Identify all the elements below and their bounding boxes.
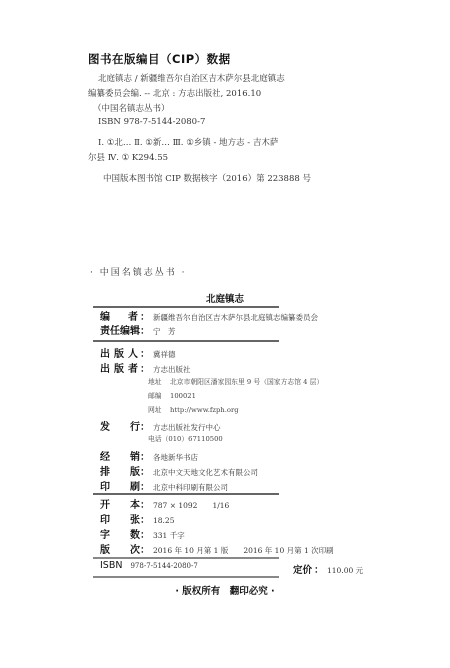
value: 方志出版社发行中心 — [153, 422, 221, 433]
value: 2016 年 10 月第 1 版 2016 年 10 月第 1 次印刷 — [153, 545, 334, 556]
value: 787 × 1092 1/16 — [153, 500, 229, 511]
credit-publisher: 出 版 者：方志出版社 — [100, 360, 191, 375]
label: 印 张 — [100, 511, 138, 526]
book-title: 北庭镇志 — [0, 291, 450, 305]
credit-publisher-person: 出 版 人：冀祥德 — [100, 345, 176, 360]
label: 出 版 人 — [100, 345, 138, 360]
spec-sheets: 印 张：18.25 — [100, 511, 174, 526]
cip-line: （中国名镇志丛书） — [93, 102, 170, 114]
label: 出 版 者 — [100, 360, 138, 375]
divider — [93, 557, 279, 559]
value: 北京中科印刷有限公司 — [153, 482, 228, 493]
credit-typesetter: 排 版：北京中文天地文化艺术有限公司 — [100, 463, 258, 478]
divider — [93, 576, 279, 578]
spec-words: 字 数：331 千字 — [100, 526, 185, 541]
value: 方志出版社 — [153, 364, 191, 375]
label: 责任编辑 — [100, 322, 138, 337]
value: 18.25 — [153, 516, 174, 525]
value: 宁 芳 — [153, 326, 176, 337]
publisher-address: 地址北京市朝阳区潘家园东里 9 号（国家方志馆 4 层） — [148, 376, 323, 386]
price-value: 110.00 元 — [327, 565, 363, 576]
cip-line: 尔县 Ⅳ. ① K294.55 — [88, 151, 168, 163]
credit-distributor: 发 行：方志出版社发行中心 — [100, 418, 221, 433]
price-label: 定价 — [293, 562, 312, 576]
cip-title: 图书在版编目（CIP）数据 — [88, 51, 231, 67]
value: 331 千字 — [153, 530, 185, 541]
label: 版 次 — [100, 541, 138, 556]
label: 排 版 — [100, 463, 138, 478]
credit-responsible-editor: 责任编辑：宁 芳 — [100, 322, 176, 337]
divider — [93, 340, 279, 342]
isbn-value: 978-7-5144-2080-7 — [130, 562, 197, 570]
value: 各地新华书店 — [153, 452, 198, 463]
credit-editor: 编 者：新疆维吾尔自治区吉木萨尔县北庭镇志编纂委员会 — [100, 308, 318, 323]
label: 编 者 — [100, 308, 138, 323]
value: 冀祥德 — [153, 349, 176, 360]
value: 北京中文天地文化艺术有限公司 — [153, 467, 258, 478]
price-row: 定价：110.00 元 — [293, 561, 363, 576]
value: 新疆维吾尔自治区吉木萨尔县北庭镇志编纂委员会 — [153, 312, 318, 323]
divider — [93, 493, 279, 495]
cip-line: 北庭镇志 / 新疆维吾尔自治区吉木萨尔县北庭镇志 — [98, 72, 285, 84]
spec-edition: 版 次：2016 年 10 月第 1 版 2016 年 10 月第 1 次印刷 — [100, 541, 334, 556]
publisher-postcode: 邮编100021 — [148, 390, 196, 400]
isbn-label: ISBN — [100, 560, 122, 571]
label: 发 行 — [100, 418, 138, 433]
publisher-website: 网址http://www.fzph.org — [148, 404, 239, 414]
cip-number: 中国版本图书馆 CIP 数据核字（2016）第 223888 号 — [103, 172, 311, 184]
cip-line: Ⅰ. ①北… Ⅱ. ①新… Ⅲ. ①乡镇 - 地方志 - 吉木萨 — [98, 136, 278, 148]
spec-format: 开 本：787 × 1092 1/16 — [100, 496, 229, 511]
isbn-row: ISBN978-7-5144-2080-7 — [100, 560, 198, 571]
label: 开 本 — [100, 496, 138, 511]
credit-printer: 印 刷：北京中科印刷有限公司 — [100, 478, 228, 493]
cip-line: ISBN 978-7-5144-2080-7 — [98, 117, 205, 127]
cip-line: 编纂委员会编. -- 北京 : 方志出版社, 2016.10 — [88, 87, 261, 99]
copyright-notice: · 版权所有 翻印必究 · — [0, 583, 450, 597]
label: 经 销 — [100, 448, 138, 463]
credit-seller: 经 销：各地新华书店 — [100, 448, 198, 463]
label: 字 数 — [100, 526, 138, 541]
series-name: · 中国名镇志丛书 · — [90, 265, 186, 278]
label: 印 刷 — [100, 478, 138, 493]
distributor-phone: 电话（010）67110500 — [148, 433, 223, 443]
